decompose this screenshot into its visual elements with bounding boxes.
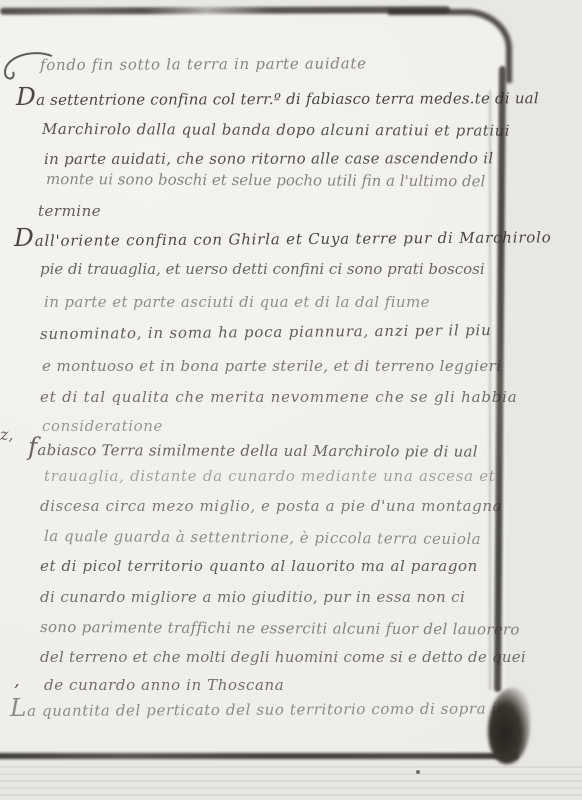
manuscript-scan: fondo fin sotto la terra in parte auidat… [0,0,582,800]
manuscript-line: et di picol territorio quanto al lauorit… [40,557,478,575]
manuscript-line: discesa circa mezo miglio, e posta a pie… [40,497,502,515]
left-margin-tick: , [14,670,20,691]
manuscript-line: Marchirolo dalla qual banda dopo alcuni … [42,120,510,140]
manuscript-line: fabiasco Terra similmente della ual Marc… [28,438,478,461]
manuscript-line: trauaglia, distante da cunardo mediante … [44,467,496,485]
manuscript-line: di cunardo migliore a mio giuditio, pur … [40,588,465,606]
manuscript-line: in parte auidati, che sono ritorno alle … [44,149,493,168]
manuscript-line: pie di trauaglia, et uerso detti confini… [40,260,485,278]
manuscript-line: La quantita del perticato del suo territ… [10,696,507,720]
manuscript-line: consideratione [42,417,163,435]
manuscript-line: termine [38,202,101,220]
manuscript-line: et di tal qualita che merita nevommene c… [40,388,517,406]
handwritten-text-block: fondo fin sotto la terra in parte auidat… [0,0,582,800]
manuscript-line: e montuoso et in bona parte sterile, et … [42,357,501,375]
manuscript-line: sono parimente traffichi ne esserciti al… [40,618,520,639]
manuscript-line: del terreno et che molti degli huomini c… [40,648,526,666]
manuscript-line: Da settentrione confina col terr.º di fa… [16,86,539,109]
manuscript-line: in parte et parte asciuti di qua et di l… [44,293,430,311]
manuscript-line: Dall'oriente confina con Ghirla et Cuya … [14,225,552,250]
left-margin-mark: z, [0,425,14,444]
manuscript-line: fondo fin sotto la terra in parte auidat… [40,54,367,74]
manuscript-line: sunominato, in soma ha poca piannura, an… [40,321,492,343]
manuscript-line: la quale guarda à settentrione, è piccol… [44,527,481,548]
manuscript-line: monte ui sono boschi et selue pocho util… [46,170,485,190]
manuscript-line: de cunardo anno in Thoscana [44,676,284,694]
